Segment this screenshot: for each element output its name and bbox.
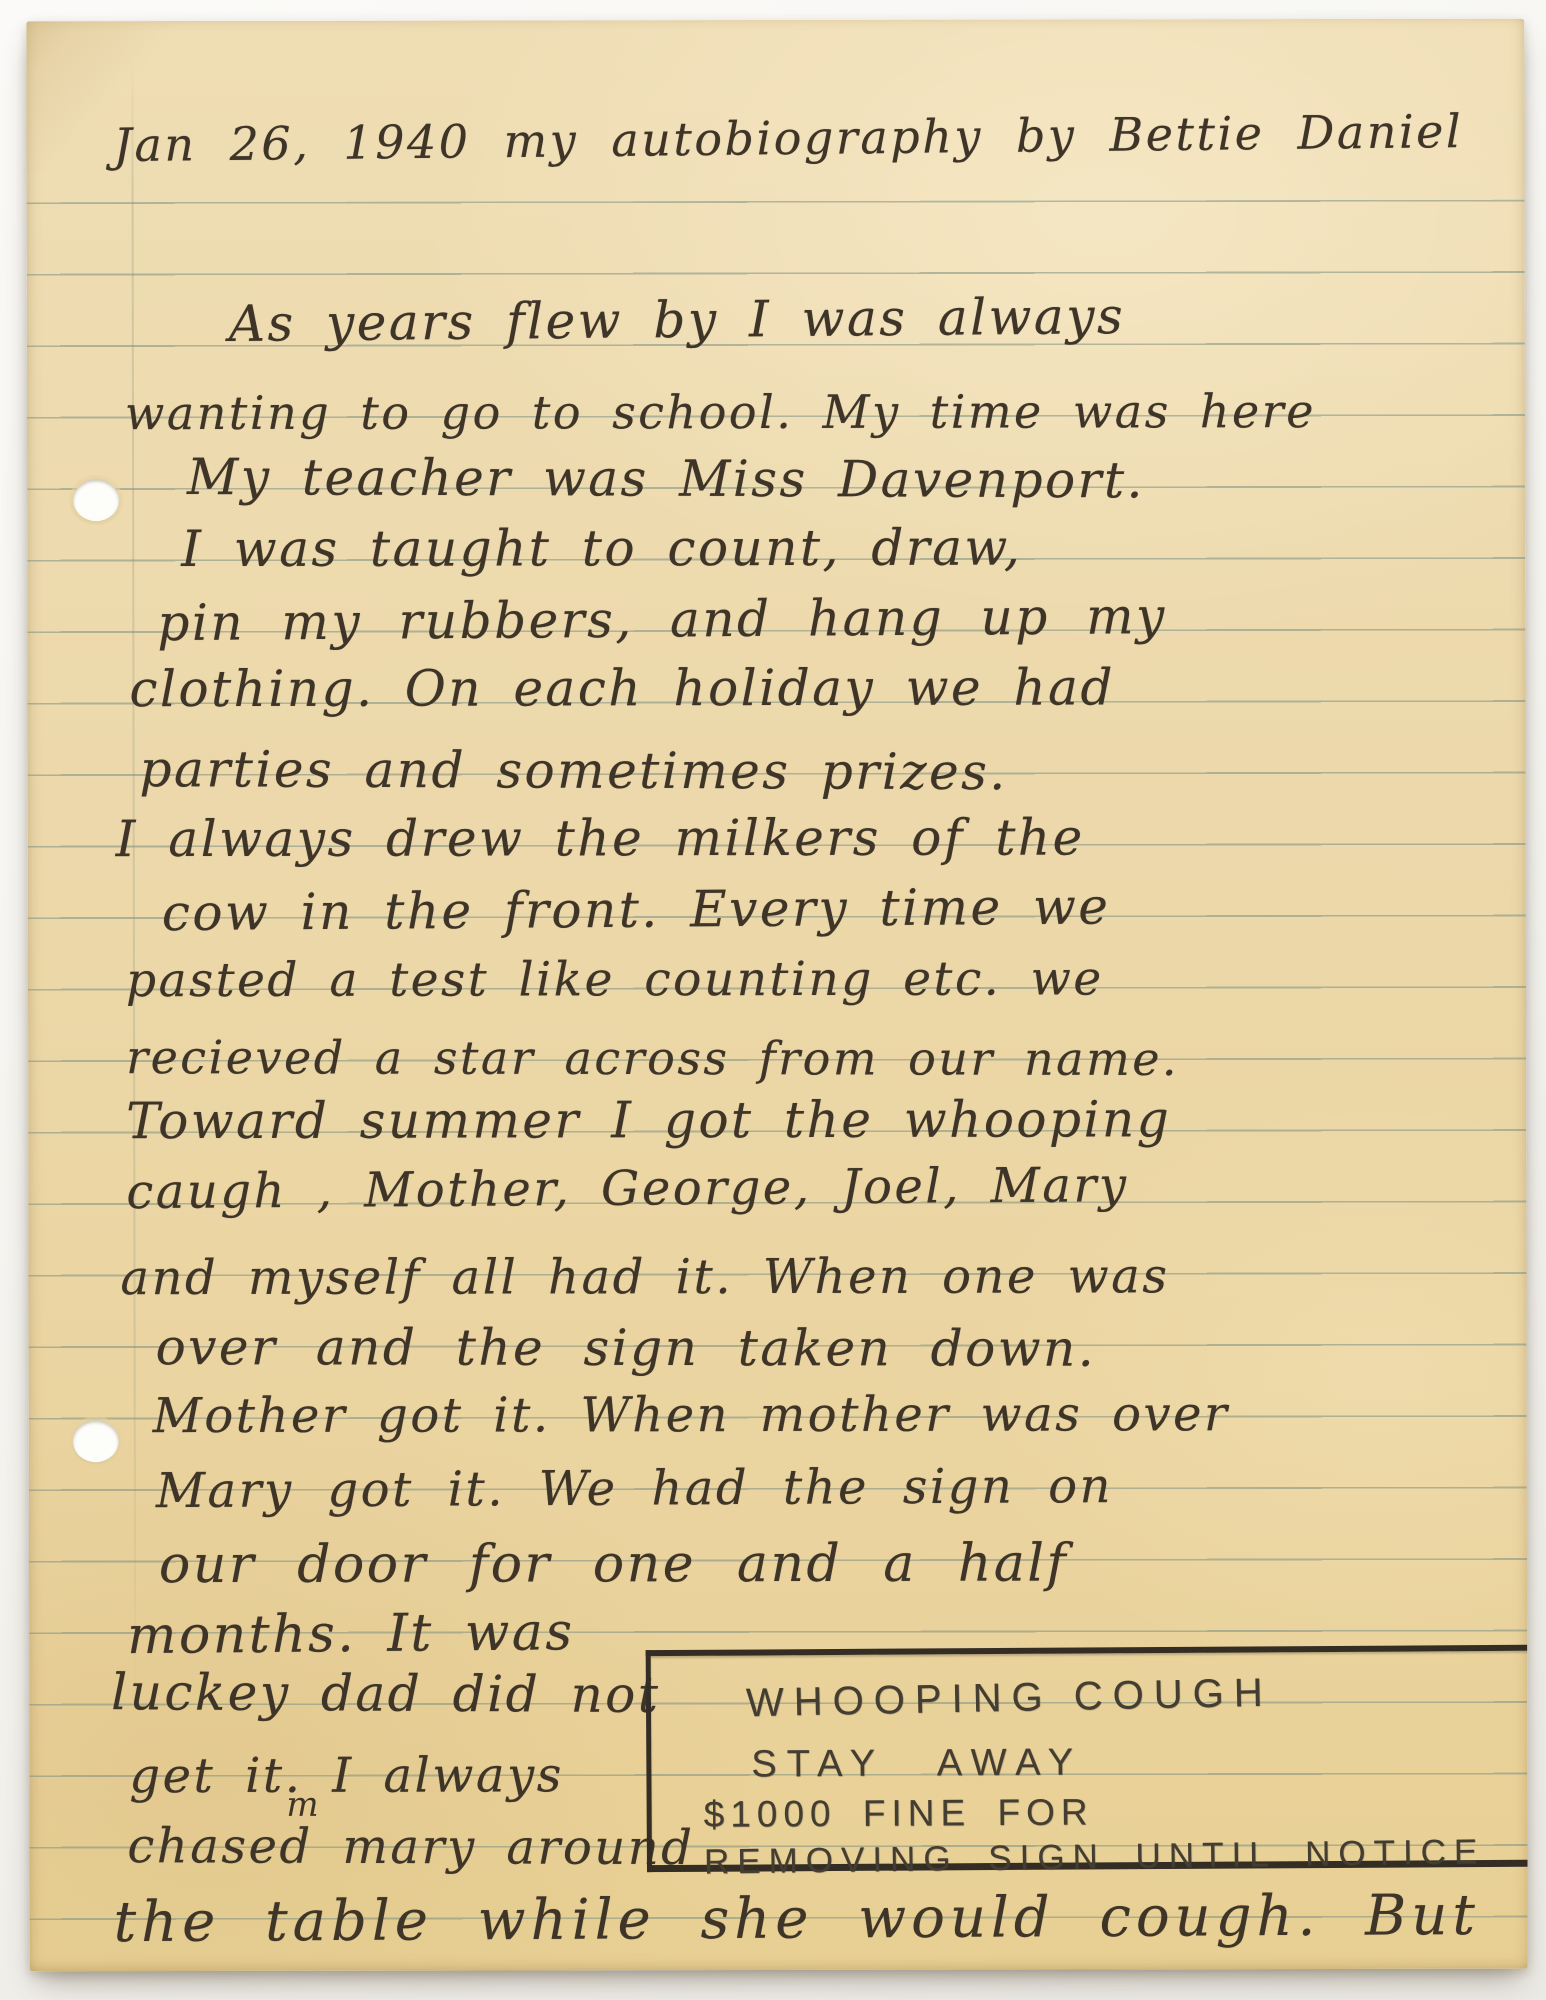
handwritten-line: luckey dad did not (111, 1666, 661, 1721)
handwritten-line: My teacher was Miss Davenport. (187, 451, 1145, 507)
handwritten-line: Mother got it. When mother was over (153, 1389, 1230, 1441)
notebook-page: Jan 26, 1940 my autobiography by Bettie … (26, 19, 1527, 1972)
handwritten-line: months. It was (127, 1605, 575, 1663)
handwritten-line: wanting to go to school. My time was her… (125, 387, 1316, 437)
handwritten-line: our door for one and a half (159, 1536, 1068, 1592)
handwritten-line: I always drew the milkers of the (116, 811, 1085, 865)
handwritten-line: get it. I always (129, 1750, 564, 1801)
handwritten-line: As years flew by I was always (229, 290, 1126, 350)
sign-line-fine: $1000 FINE FOR (704, 1791, 1094, 1835)
quarantine-sign: WHOOPING COUGH STAY AWAY $1000 FINE FOR … (646, 1645, 1528, 1872)
handwritten-line: parties and sometimes prizes. (140, 743, 1008, 799)
handwritten-line: chased mary around (127, 1821, 694, 1873)
handwritten-line: caugh , Mother, George, Joel, Mary (126, 1160, 1128, 1217)
handwritten-line: Mary got it. We had the sign on (156, 1461, 1113, 1516)
handwritten-line: and myself all had it. When one was (120, 1251, 1169, 1303)
handwritten-line: Toward summer I got the whooping (126, 1093, 1171, 1147)
handwritten-line: I was taught to count, draw, (181, 522, 1022, 576)
handwritten-line: pasted a test like counting etc. we (126, 954, 1104, 1005)
handwritten-line: the table while she would cough. But (113, 1887, 1480, 1953)
page-title: Jan 26, 1940 my autobiography by Bettie … (113, 107, 1463, 169)
handwritten-line: over and the sign taken down. (156, 1321, 1097, 1375)
punch-hole-top (73, 479, 119, 521)
inserted-letter-m: m (286, 1785, 318, 1825)
punch-hole-bottom (73, 1420, 119, 1462)
handwritten-line: pin my rubbers, and hang up my (157, 590, 1167, 650)
sign-line-whooping-cough: WHOOPING COUGH (746, 1671, 1273, 1727)
handwritten-line: clothing. On each holiday we had (129, 661, 1115, 715)
handwritten-line: recieved a star across from our name. (126, 1033, 1179, 1083)
sign-line-stay-away: STAY AWAY (751, 1742, 1083, 1787)
handwritten-line: cow in the front. Every time we (162, 880, 1111, 939)
